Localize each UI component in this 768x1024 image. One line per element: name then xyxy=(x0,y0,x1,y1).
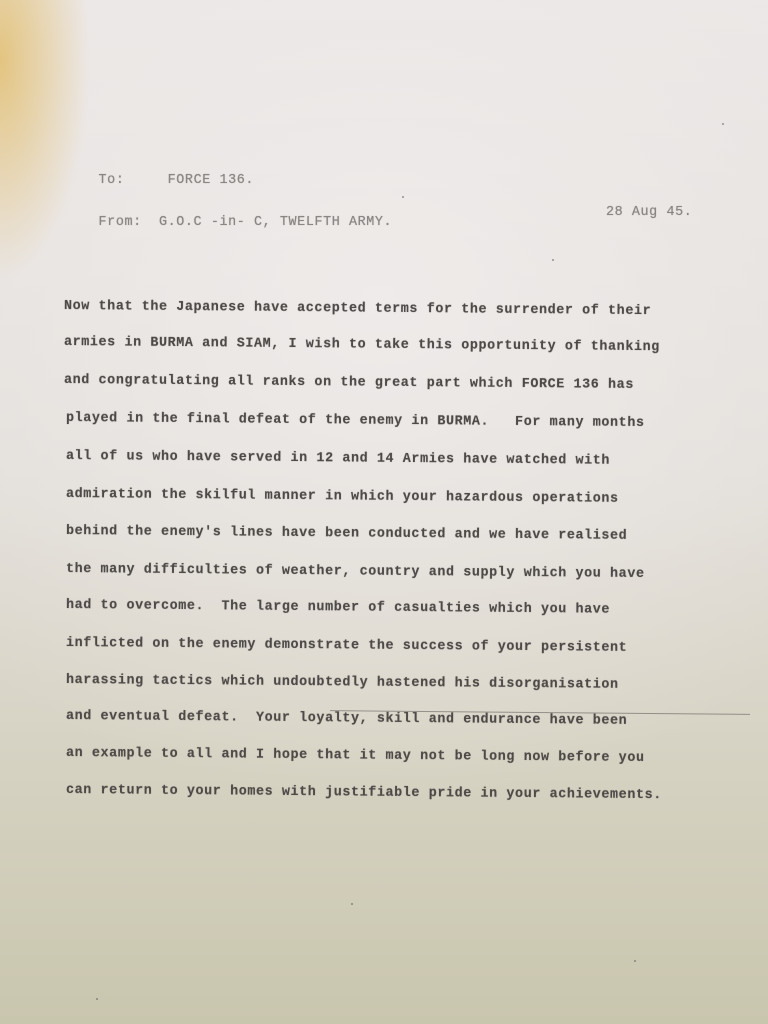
body-line: harassing tactics which undoubtedly hast… xyxy=(66,673,619,693)
body-line: can return to your homes with justifiabl… xyxy=(66,783,662,803)
body-line: an example to all and I hope that it may… xyxy=(66,746,645,766)
to-value: FORCE 136. xyxy=(168,173,254,188)
body-line: behind the enemy's lines have been condu… xyxy=(66,524,627,544)
body-line: admiration the skilful manner in which y… xyxy=(66,487,619,507)
to-label: To: xyxy=(99,173,125,188)
body-line: all of us who have served in 12 and 14 A… xyxy=(66,449,610,469)
paper-speck xyxy=(552,259,554,261)
body-line: armies in BURMA and SIAM, I wish to take… xyxy=(64,335,660,355)
body-line: had to overcome. The large number of cas… xyxy=(66,598,610,618)
body-line: and congratulating all ranks on the grea… xyxy=(64,373,634,393)
from-label: From: xyxy=(99,215,142,230)
body-line: inflicted on the enemy demonstrate the s… xyxy=(66,636,627,656)
body-line: the many difficulties of weather, countr… xyxy=(66,562,645,582)
body-line: Now that the Japanese have accepted term… xyxy=(64,299,651,319)
from-line: From: G.O.C -in- C, TWELFTH ARMY. xyxy=(64,200,392,245)
paper-speck xyxy=(722,123,724,125)
from-value: G.O.C -in- C, TWELFTH ARMY. xyxy=(159,215,392,230)
paper-speck xyxy=(96,998,98,1000)
paper-speck xyxy=(634,960,636,962)
date: 28 Aug 45. xyxy=(606,205,692,220)
to-line: To: FORCE 136. xyxy=(64,158,254,203)
body-line: played in the final defeat of the enemy … xyxy=(66,411,645,431)
paper-speck xyxy=(351,903,353,905)
paper-speck xyxy=(402,196,404,198)
document-page: To: FORCE 136. From: G.O.C -in- C, TWELF… xyxy=(0,0,768,1024)
